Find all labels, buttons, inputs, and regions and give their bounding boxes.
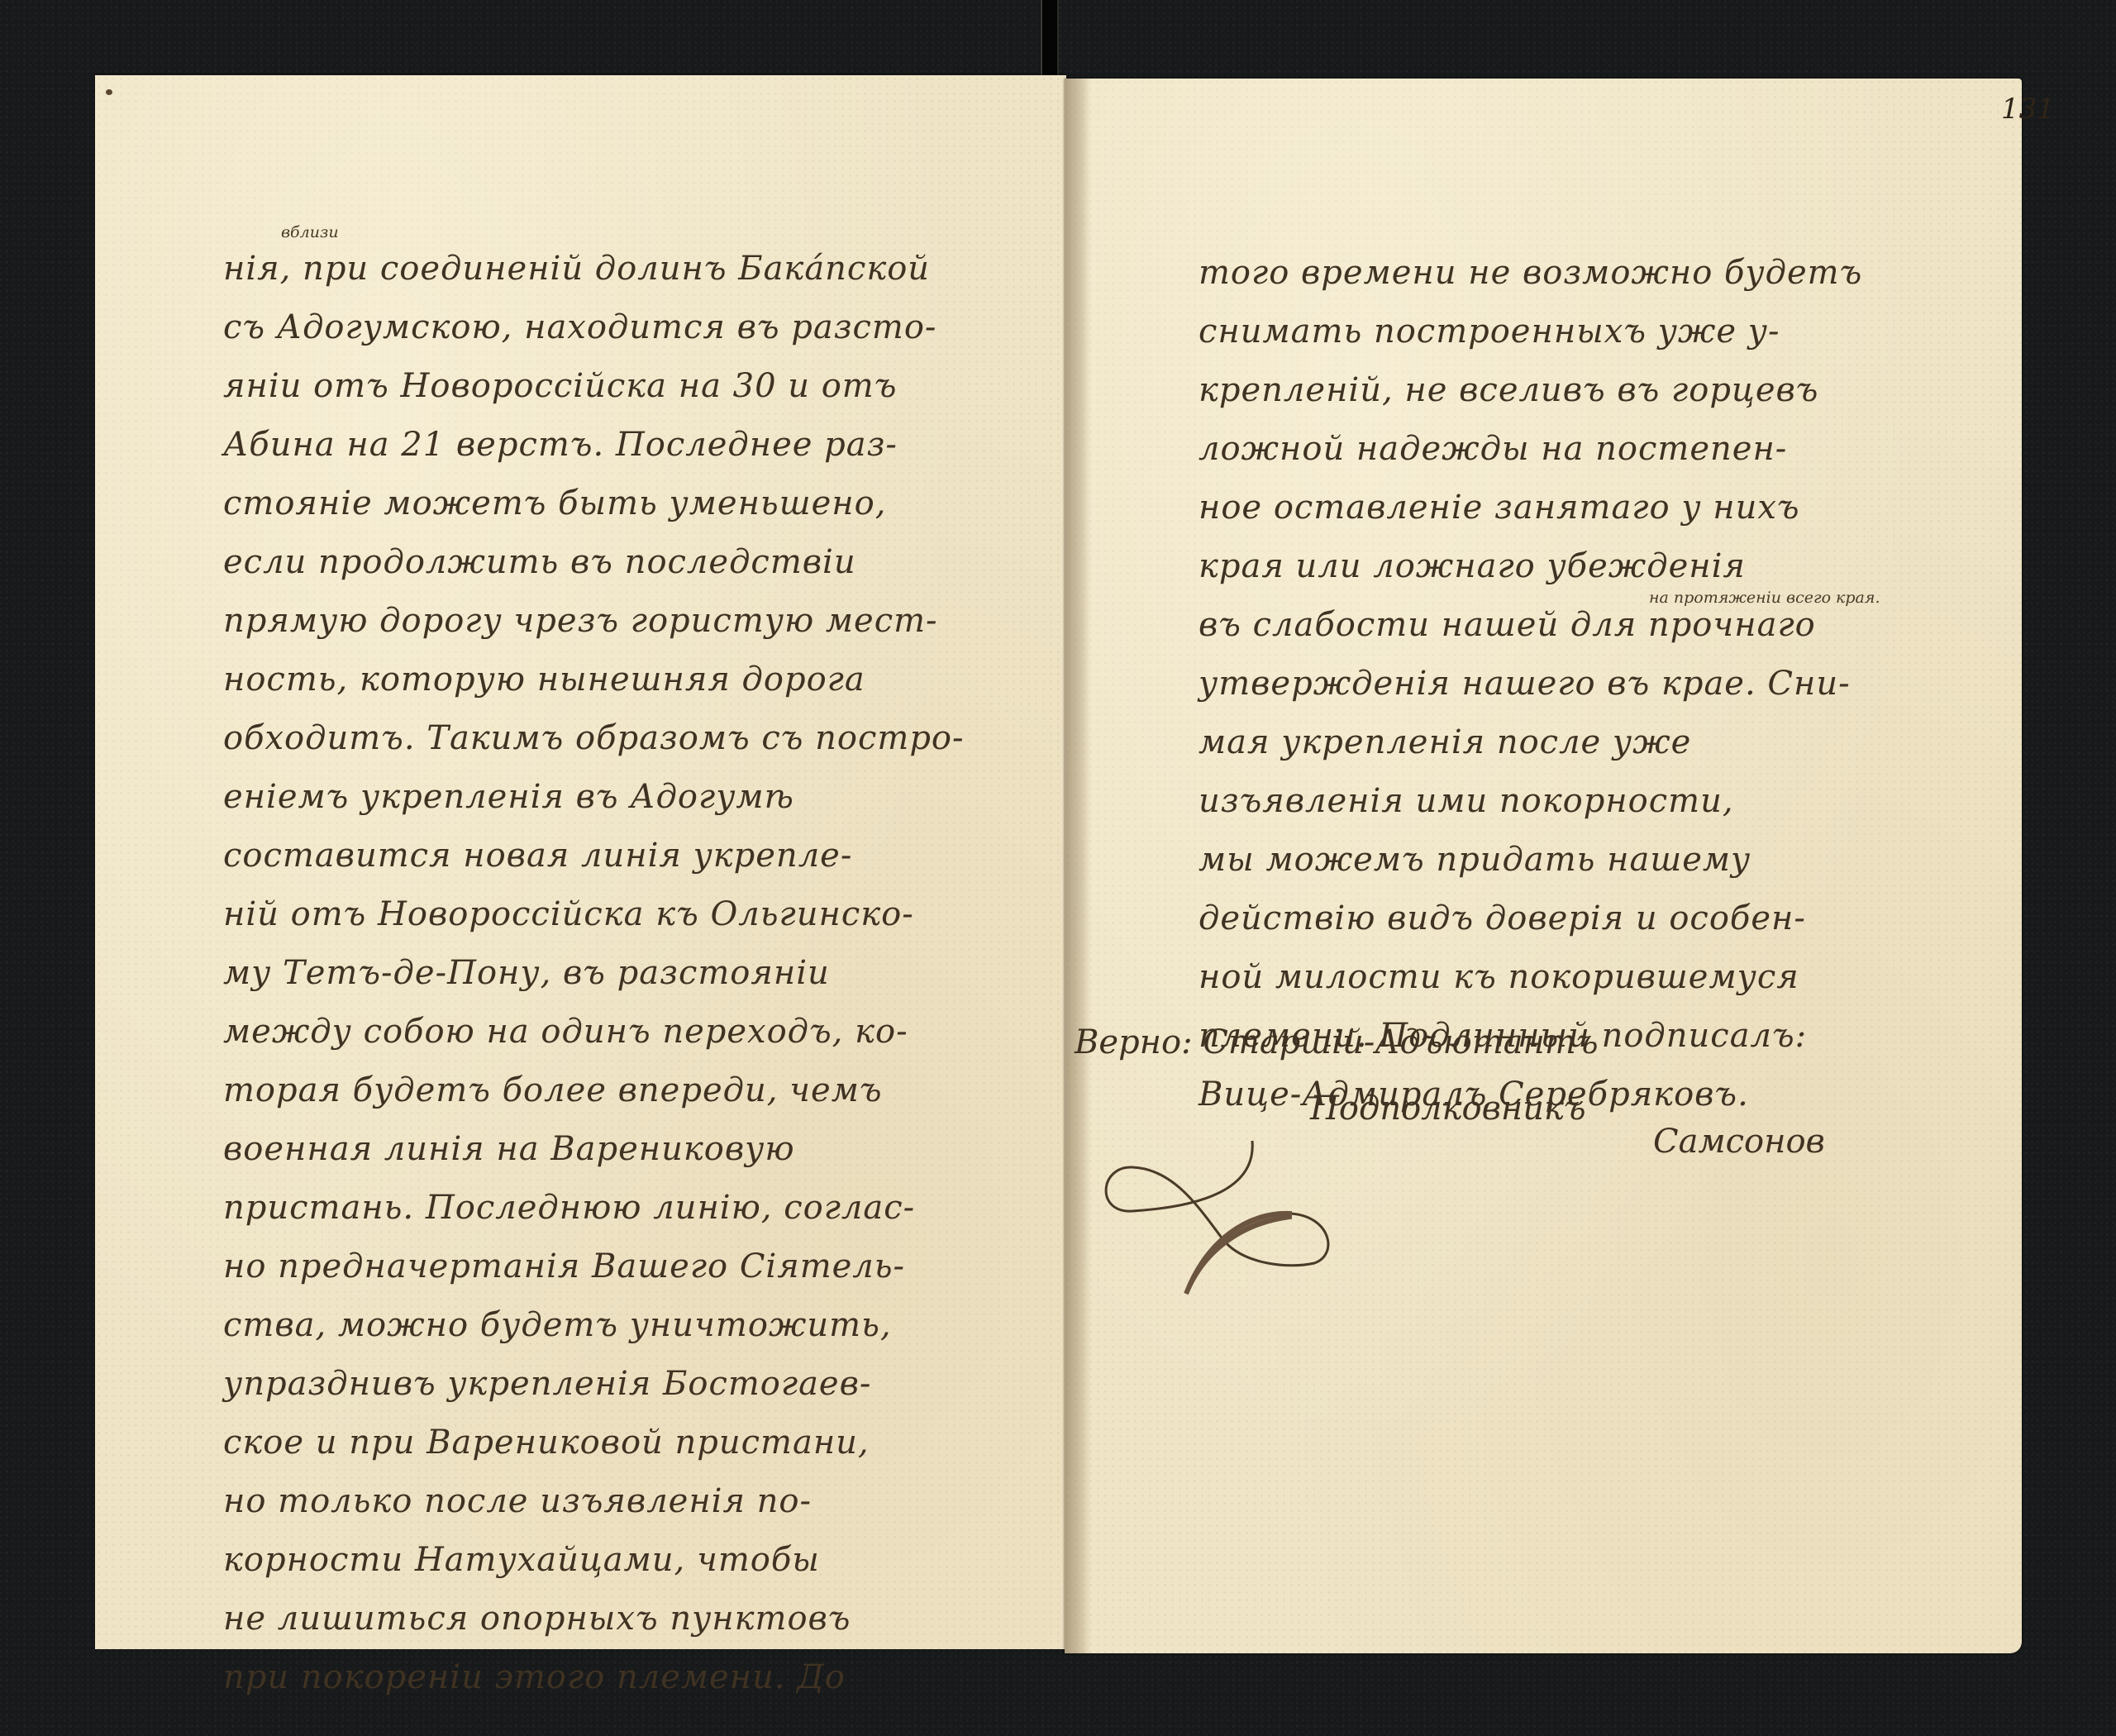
text-line: но предначертанія Вашего Сіятель- [223,1238,1058,1296]
text-line: утвержденія нашего въ крае. Сни- [1199,655,2033,713]
text-line: мая укрепленія после уже [1199,713,2033,772]
text-line: края или ложнаго убежденія [1199,537,2033,596]
text-line: съ Адогумскою, находится въ разсто- [223,298,1058,357]
text-line: ское и при Варениковой пристани, [223,1414,1058,1472]
backing-board-gap [1041,0,1059,76]
text-line: пристань. Последнюю линію, соглас- [223,1179,1058,1238]
text-line: военная линія на Варениковую [223,1120,1058,1179]
text-line: составится новая линія укрепле- [223,827,1058,885]
text-line: стояніе можетъ быть уменьшено, [223,475,1058,533]
text-line: мы можемъ придать нашему [1199,831,2033,889]
text-line: му Тетъ-де-Пону, въ разстояніи [223,944,1058,1003]
text-line: но только после изъявленія по- [223,1472,1058,1531]
text-line: того времени не возможно будетъ [1199,244,2033,303]
text-line: корности Натухайцами, чтобы [223,1531,1058,1590]
text-line: не лишиться опорныхъ пунктовъ [223,1590,1058,1648]
signature: Самсонов [1653,1123,1825,1161]
text-line: обходитъ. Такимъ образомъ съ постро- [223,709,1058,768]
text-line: упразднивъ укрепленія Бостогаев- [223,1355,1058,1414]
text-line: прямую дорогу чрезъ гористую мест- [223,592,1058,651]
text-line: изъявленія ими покорности, [1199,772,2033,831]
text-line: еніемъ укрепленія въ Адогумѣ [223,768,1058,827]
attestation-title: Верно: Старшій-Адъютантъ [1075,1023,1598,1061]
left-page-text: нія, при соединеній долинъ Бакánской съ … [223,240,1058,1707]
text-line: ное оставленіе занятаго у нихъ [1199,479,2033,537]
text-line: ложной надежды на постепен- [1199,420,2033,479]
text-line: между собою на одинъ переходъ, ко- [223,1003,1058,1061]
text-line: яніи отъ Новороссійска на 30 и отъ [223,357,1058,416]
text-line: снимать построенныхъ уже у- [1199,303,2033,361]
text-line: действію видъ доверія и особен- [1199,889,2033,948]
folio-number: 131 [2001,93,2055,126]
right-page-text: того времени не возможно будетъ снимать … [1199,244,2033,1124]
signature-flourish-icon [1099,1116,1529,1314]
spine-fold [1065,79,1091,1653]
text-line: ства, можно будетъ уничтожить, [223,1296,1058,1355]
text-line: при покореніи этого племени. До [223,1648,1058,1707]
text-line: нія, при соединеній долинъ Бакánской [223,240,1058,298]
text-line: ной милости къ покорившемуся [1199,948,2033,1007]
text-line: ній отъ Новороссійска къ Ольгинско- [223,885,1058,944]
text-line: если продолжить въ последствіи [223,533,1058,592]
ink-spot [106,89,112,95]
text-line: крепленій, не вселивъ въ горцевъ [1199,361,2033,420]
interlinear-insert-left: вблизи [281,223,339,241]
text-line: въ слабости нашей для прочнаго [1199,596,2033,655]
text-line: Абина на 21 верстъ. Последнее раз- [223,416,1058,475]
text-line: торая будетъ более впереди, чемъ [223,1061,1058,1120]
text-line: ность, которую нынешняя дорога [223,651,1058,709]
